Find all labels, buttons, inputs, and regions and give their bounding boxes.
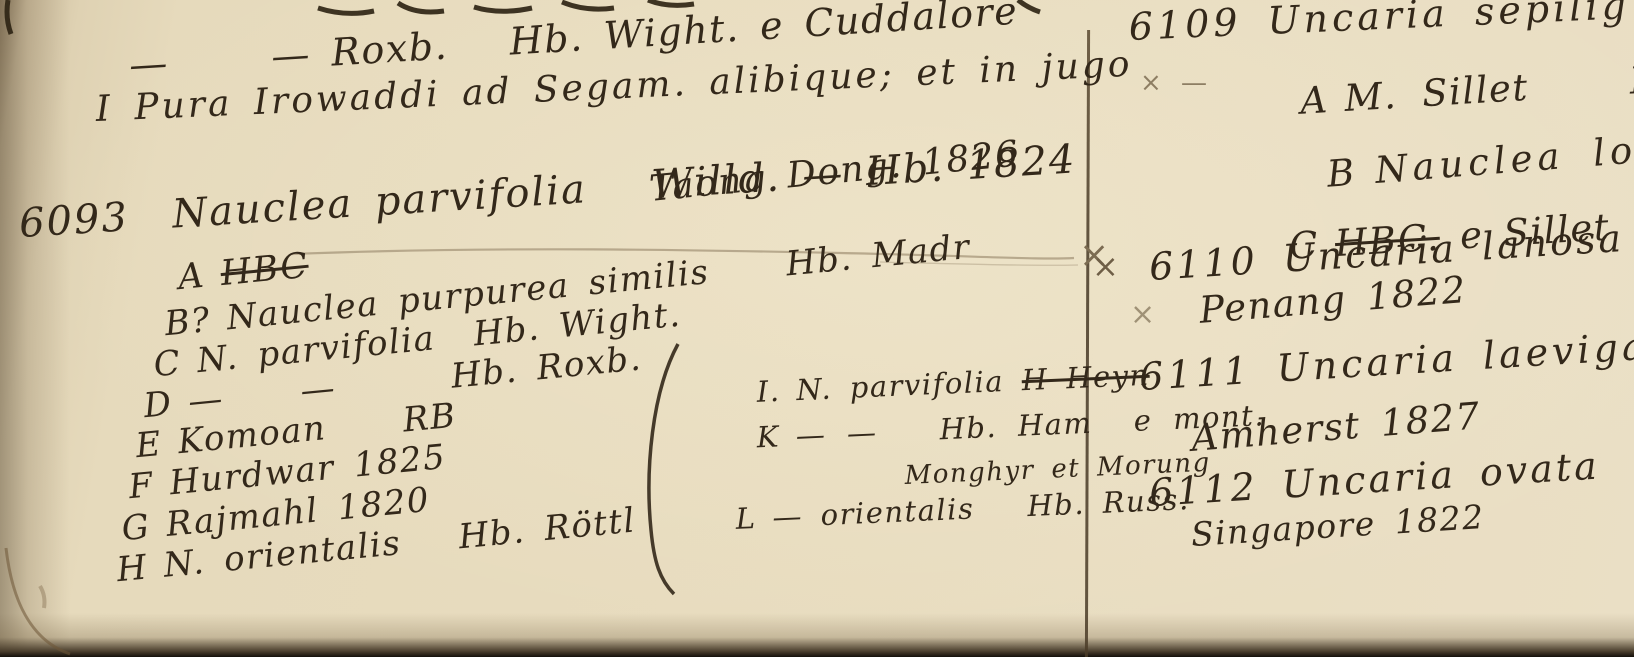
entry-6111-line: 6111 Uncaria laevigata	[1138, 324, 1634, 396]
specimen-label: A	[1299, 78, 1330, 123]
specimen-label: H	[115, 547, 150, 590]
x-mark-6110: ×	[1092, 250, 1120, 282]
specimen-label: L	[735, 501, 757, 536]
specimen-text: — orientalis Hb. Russ.	[772, 482, 1191, 534]
bottom-edge-shadow	[0, 613, 1634, 657]
specimen-label: K	[756, 419, 781, 454]
specimen-text: N. orientalis Hb. Röttl	[162, 500, 638, 585]
x-mark-penang: ×	[1130, 300, 1157, 330]
manuscript-page: — — Roxb. Hb. Wight. e Cuddalore I Pura …	[0, 0, 1634, 657]
